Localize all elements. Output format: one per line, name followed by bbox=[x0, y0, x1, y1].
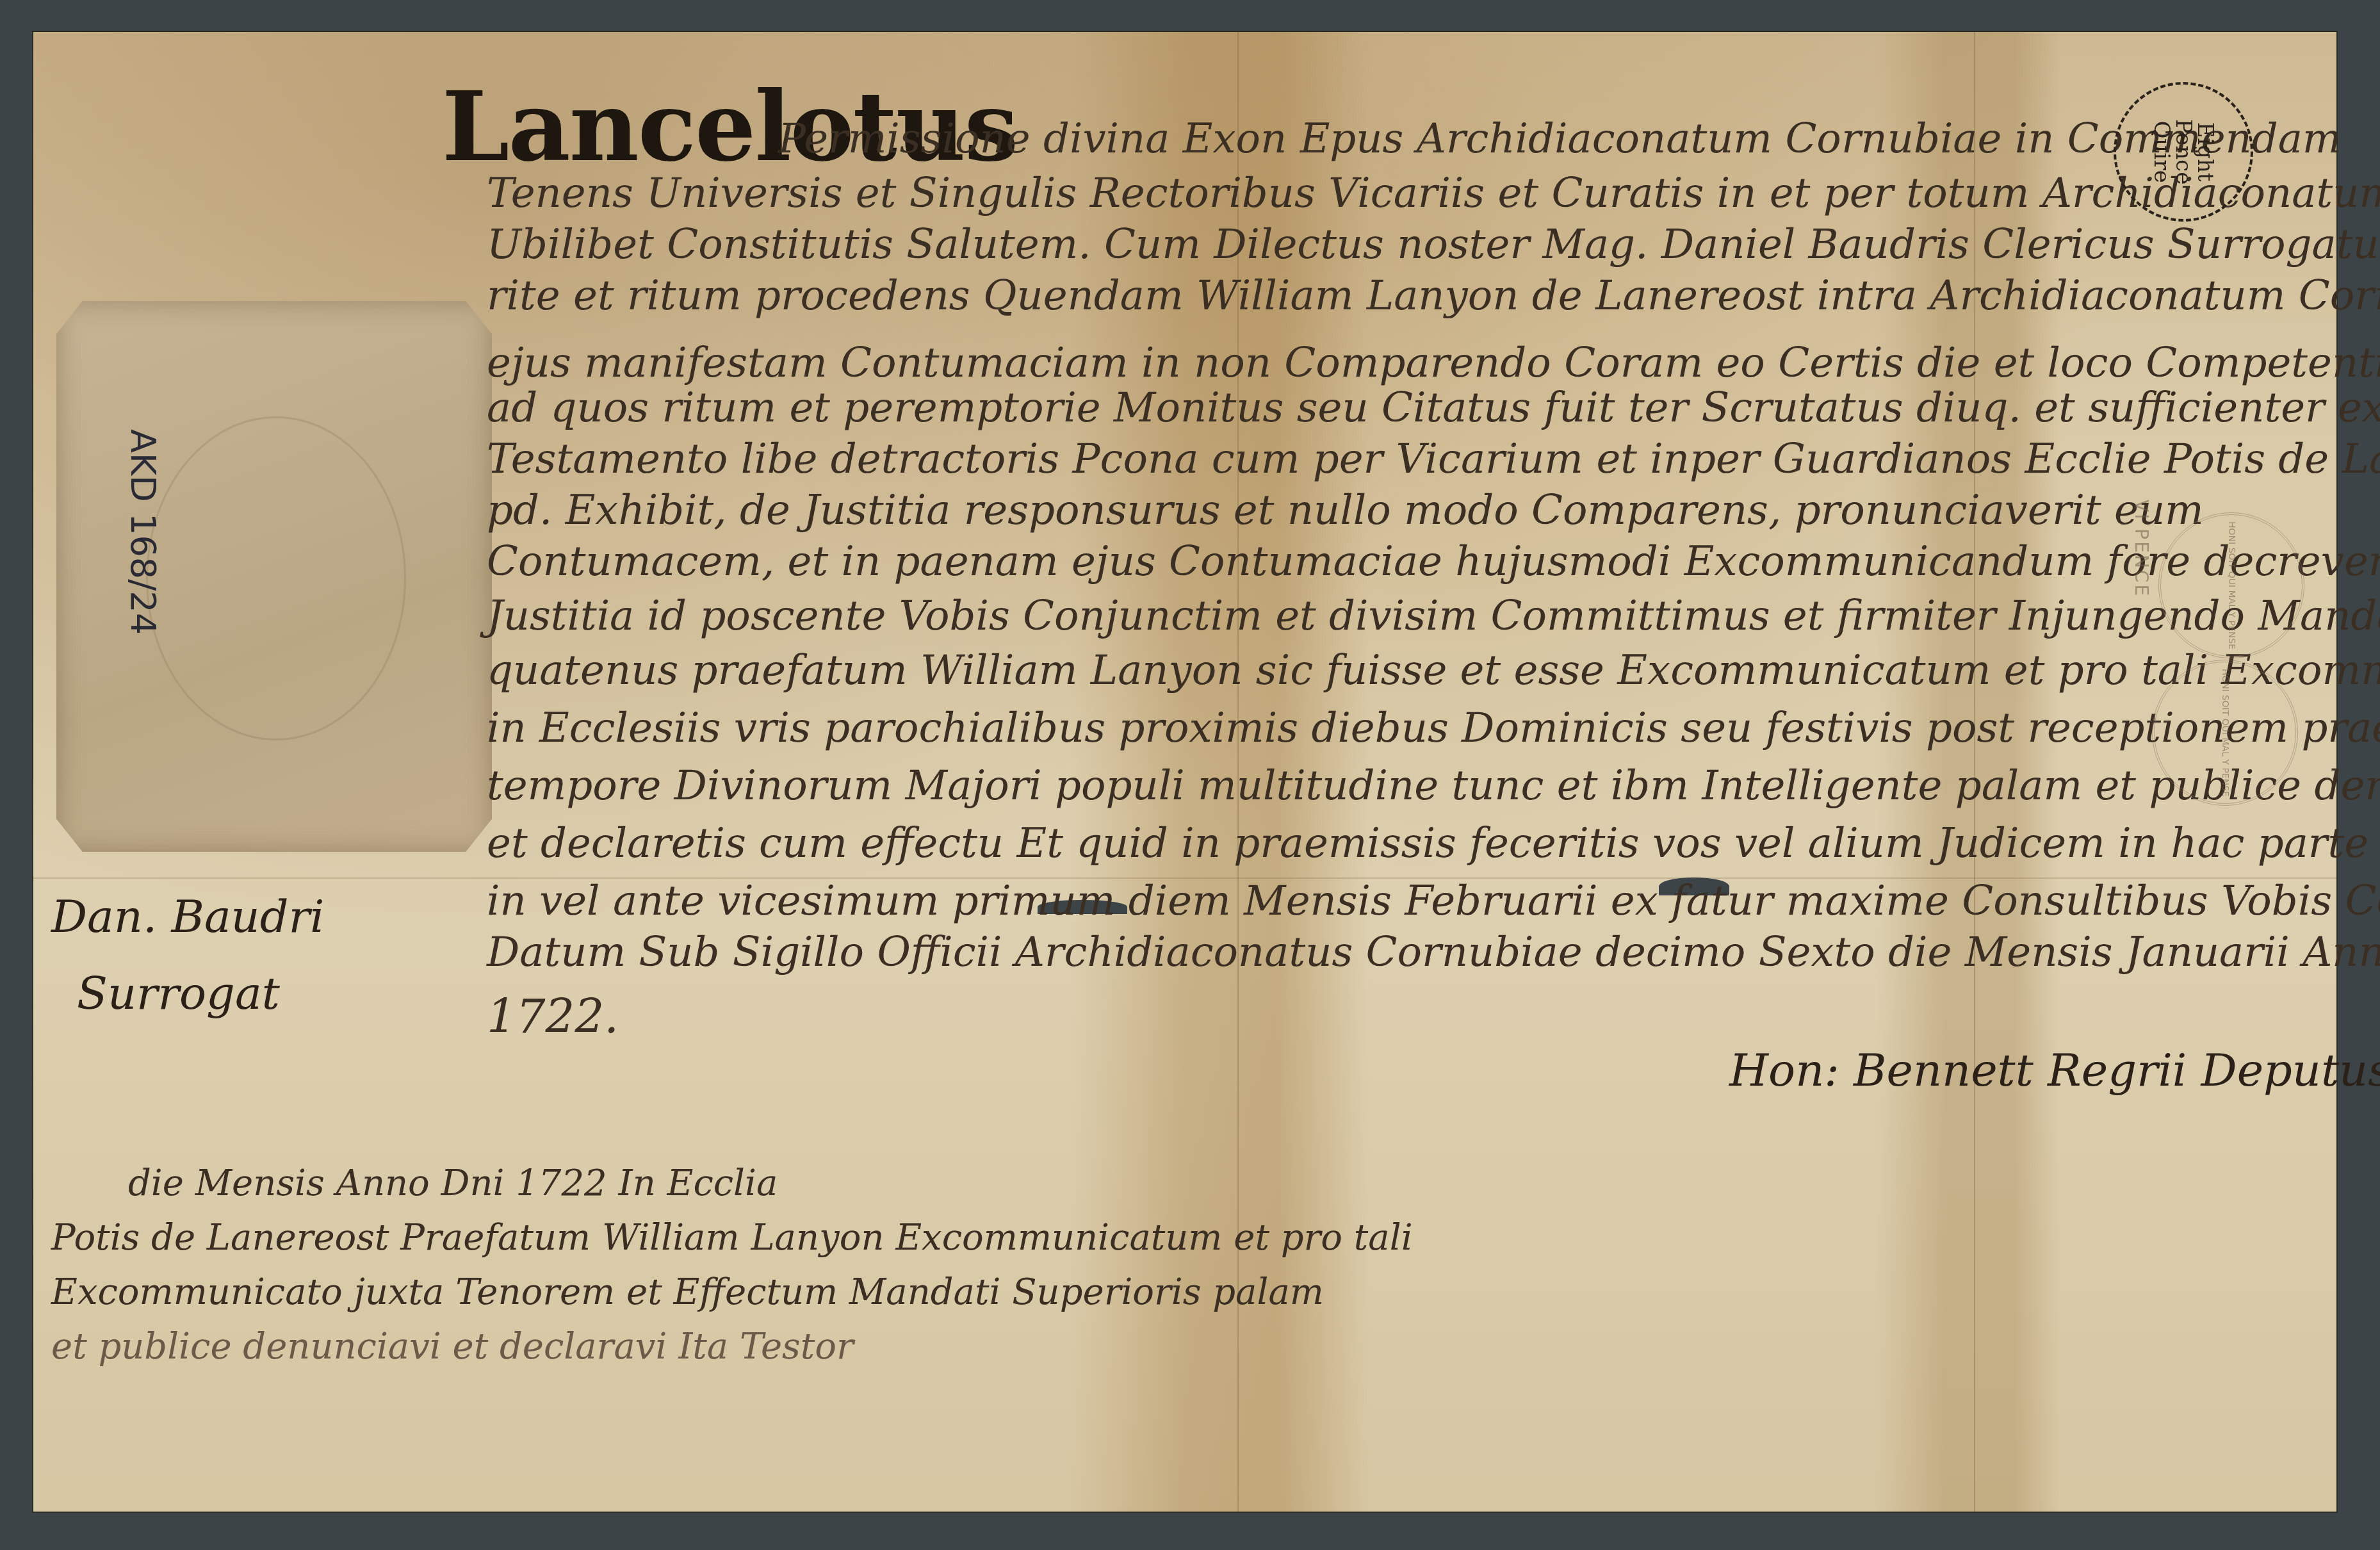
certificate-line-4: et publice denunciavi et declaravi Ita T… bbox=[51, 1326, 854, 1367]
emboss-denomination: VI PENCE bbox=[2131, 500, 2152, 598]
body-line-10: Justitia id poscente Vobis Conjunctim et… bbox=[487, 592, 2380, 640]
body-line-3: Ubilibet Constitutis Salutem. Cum Dilect… bbox=[487, 221, 2380, 268]
archive-reference: AKD 168/24 bbox=[123, 429, 163, 635]
date-year: 1722. bbox=[487, 990, 619, 1043]
embossed-duty-stamp: HONI SOIT QUI MAL Y PENSE bbox=[2152, 660, 2298, 806]
body-line-12: in Ecclesiis vris parochialibus proximis… bbox=[487, 705, 2380, 752]
surrogate-signature-title: Surrogat bbox=[77, 967, 280, 1020]
body-line-14: et declaretis cum effectu Et quid in pra… bbox=[487, 820, 2380, 867]
stamp-text: Pence bbox=[2172, 119, 2194, 185]
body-line-8: pd. Exhibit, de Justitia responsurus et … bbox=[487, 487, 2204, 534]
stamp-text: Eight bbox=[2194, 122, 2216, 181]
body-line-16: Datum Sub Sigillo Officii Archidiaconatu… bbox=[487, 929, 2380, 976]
body-line-9: Contumacem, et in paenam ejus Contumacia… bbox=[487, 538, 2380, 585]
emboss-text: HONI SOIT QUI MAL Y PENSE bbox=[2226, 521, 2237, 649]
emboss-text: HONI SOIT QUI MAL Y PENSE bbox=[2220, 669, 2230, 797]
body-line-6: ad quos ritum et peremptorie Monitus seu… bbox=[487, 384, 2380, 432]
eight-pence-ink-stamp: Eight Pence Quire bbox=[2114, 82, 2253, 222]
body-line-13: tempore Divinorum Majori populi multitud… bbox=[487, 762, 2380, 810]
body-line-11: quatenus praefatum William Lanyon sic fu… bbox=[487, 647, 2380, 694]
certificate-line-3: Excommunicato juxta Tenorem et Effectum … bbox=[51, 1271, 1324, 1313]
body-line-2: Tenens Universis et Singulis Rectoribus … bbox=[487, 170, 2380, 217]
certificate-line-1: die Mensis Anno Dni 1722 In Ecclia bbox=[128, 1162, 778, 1204]
embossed-duty-stamp: HONI SOIT QUI MAL Y PENSE bbox=[2158, 512, 2304, 658]
body-line-1: Permissione divina Exon Epus Archidiacon… bbox=[778, 115, 2342, 163]
certificate-line-2: Potis de Lanereost Praefatum William Lan… bbox=[51, 1217, 1413, 1259]
faded-seal-impression bbox=[146, 416, 406, 740]
registrar-signature: Hon: Bennett Regrii Deputus bbox=[1729, 1044, 2380, 1097]
surrogate-signature-name: Dan. Baudri bbox=[51, 890, 324, 943]
attached-seal-patch bbox=[56, 301, 492, 852]
body-line-7: Testamento libe detractoris Pcona cum pe… bbox=[487, 436, 2380, 483]
body-line-15: in vel ante vicesimum primum diem Mensis… bbox=[487, 877, 2380, 925]
body-line-5: ejus manifestam Contumaciam in non Compa… bbox=[487, 339, 2380, 387]
body-line-4: rite et ritum procedens Quendam William … bbox=[487, 272, 2380, 320]
stamp-text: Quire bbox=[2151, 120, 2172, 183]
